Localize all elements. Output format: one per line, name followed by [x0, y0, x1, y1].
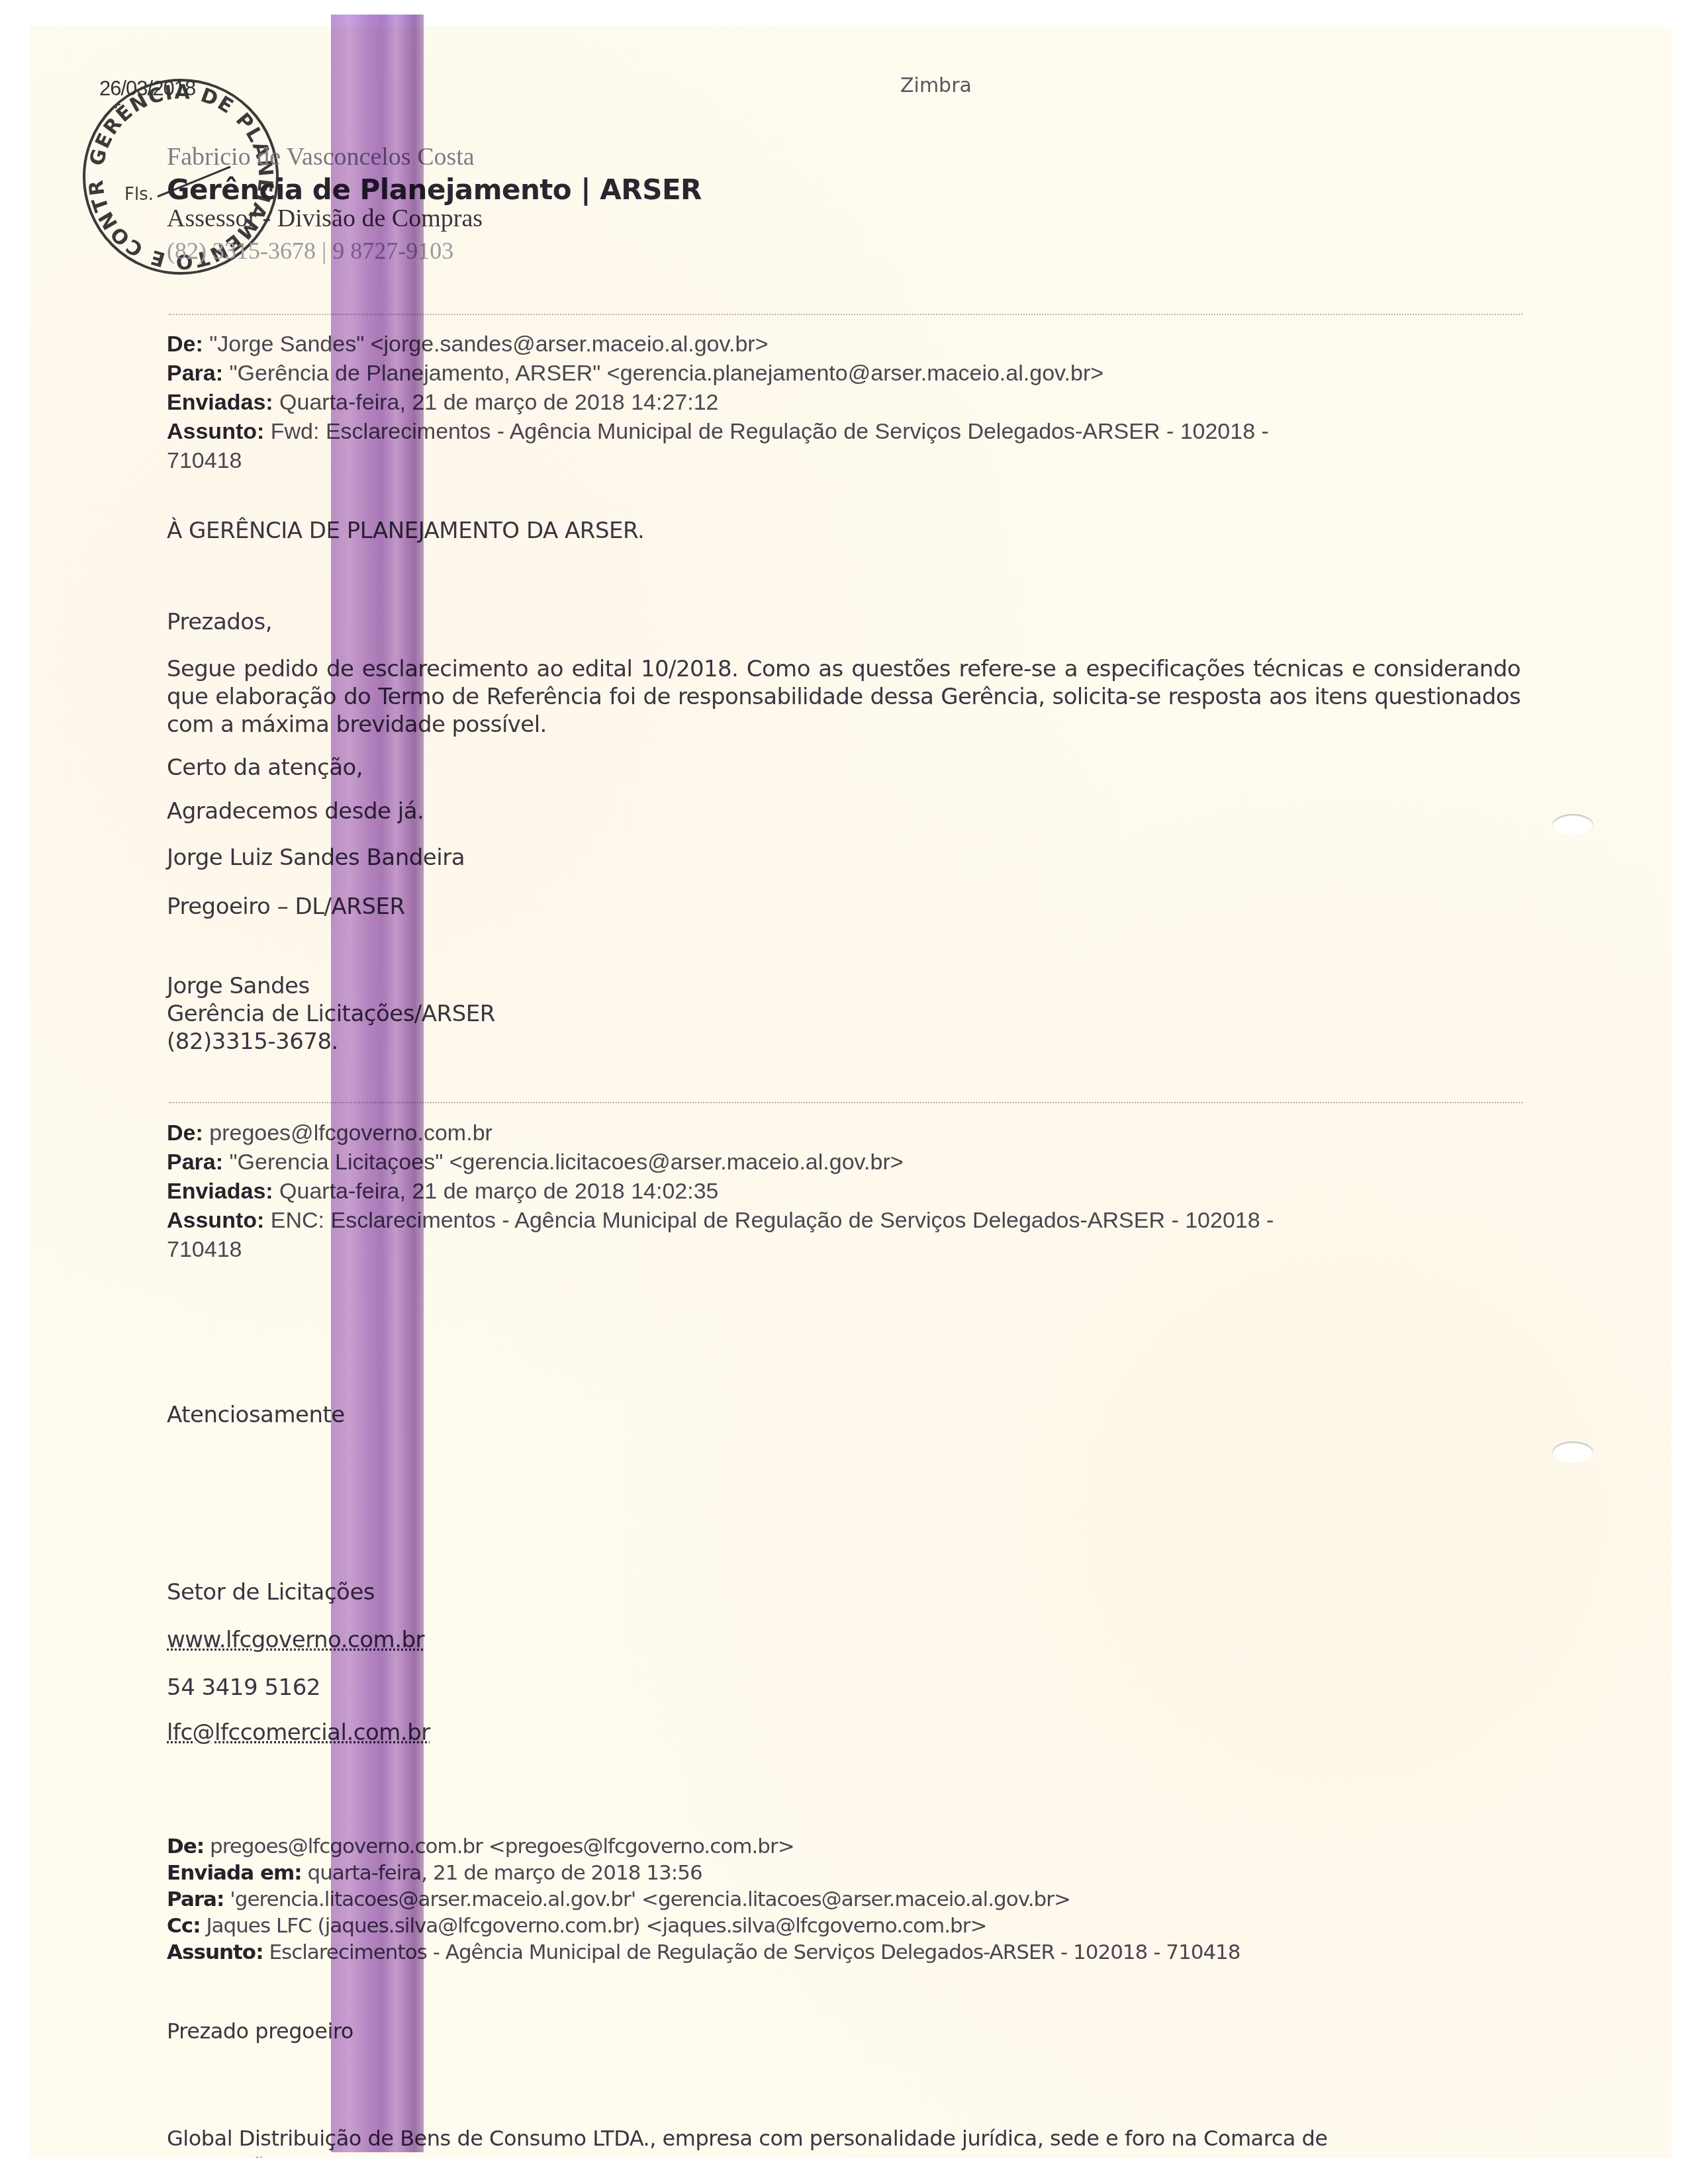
- header-label: Para:: [167, 361, 223, 386]
- message-2-subject-continuation: 710418: [167, 1235, 242, 1264]
- svg-text:Fls.: Fls.: [124, 185, 154, 205]
- message-3-header-subject: Assunto: Esclarecimentos - Agência Munic…: [167, 1938, 1241, 1967]
- message-2-phone: 54 3419 5162: [167, 1674, 320, 1701]
- header-value: Jaques LFC (jaques.silva@lfcgoverno.com.…: [206, 1914, 986, 1938]
- signature-name: Fabricio de Vasconcelos Costa: [167, 142, 475, 171]
- punch-hole: [1552, 814, 1593, 835]
- stamp-date: 26/03/2018: [99, 77, 195, 101]
- message-1-header-from: De: "Jorge Sandes" <jorge.sandes@arser.m…: [167, 330, 769, 359]
- punch-hole: [1552, 1441, 1593, 1463]
- header-label: Enviada em:: [167, 1861, 302, 1885]
- header-label: Cc:: [167, 1914, 201, 1938]
- header-label: Assunto:: [167, 1208, 264, 1233]
- message-3-header-from: De: pregoes@lfcgoverno.com.br <pregoes@l…: [167, 1832, 794, 1861]
- header-label: Assunto:: [167, 1940, 263, 1964]
- header-label: Para:: [167, 1150, 223, 1175]
- message-3-header-sent: Enviada em: quarta-feira, 21 de março de…: [167, 1858, 702, 1888]
- message-3-header-cc: Cc: Jaques LFC (jaques.silva@lfcgoverno.…: [167, 1911, 986, 1940]
- header-label: De:: [167, 332, 203, 357]
- signature-department: Gerência de Planejamento | ARSER: [167, 173, 702, 206]
- header-label: Assunto:: [167, 419, 264, 444]
- header-value: pregoes@lfcgoverno.com.br <pregoes@lfcgo…: [210, 1835, 794, 1858]
- scan-highlight-artifact: [331, 15, 424, 2152]
- message-1-header-to: Para: "Gerência de Planejamento, ARSER" …: [167, 359, 1103, 388]
- header-label: De:: [167, 1120, 203, 1146]
- app-title: Zimbra: [900, 74, 972, 97]
- message-2-header-from: De: pregoes@lfcgoverno.com.br: [167, 1118, 492, 1148]
- message-1-subject-continuation: 710418: [167, 446, 242, 475]
- message-1-header-sent: Enviadas: Quarta-feira, 21 de março de 2…: [167, 388, 719, 417]
- message-1-signature-line: (82)3315-3678.: [167, 1028, 338, 1055]
- message-1-greeting: Prezados,: [167, 609, 272, 635]
- header-label: Para:: [167, 1888, 224, 1911]
- message-2-closing: Atenciosamente: [167, 1402, 345, 1428]
- header-label: Enviadas:: [167, 390, 273, 415]
- message-2-header-sent: Enviadas: Quarta-feira, 21 de março de 2…: [167, 1177, 719, 1206]
- message-3-paragraph-cut: Dois Irmãos, Estado do Rio Grande do Sul…: [167, 2154, 1154, 2158]
- signature-role: Assessor - Divisão de Compras: [167, 204, 483, 233]
- message-2-header-to: Para: "Gerencia Licitaçoes" <gerencia.li…: [167, 1148, 904, 1177]
- message-3-greeting: Prezado pregoeiro: [167, 2019, 353, 2044]
- message-3-header-to: Para: 'gerencia.litacoes@arser.maceio.al…: [167, 1885, 1070, 1914]
- header-label: De:: [167, 1835, 204, 1858]
- header-value: "Jorge Sandes" <jorge.sandes@arser.macei…: [209, 332, 768, 357]
- message-1-signature-line: Jorge Sandes: [167, 973, 310, 999]
- header-label: Enviadas:: [167, 1179, 273, 1204]
